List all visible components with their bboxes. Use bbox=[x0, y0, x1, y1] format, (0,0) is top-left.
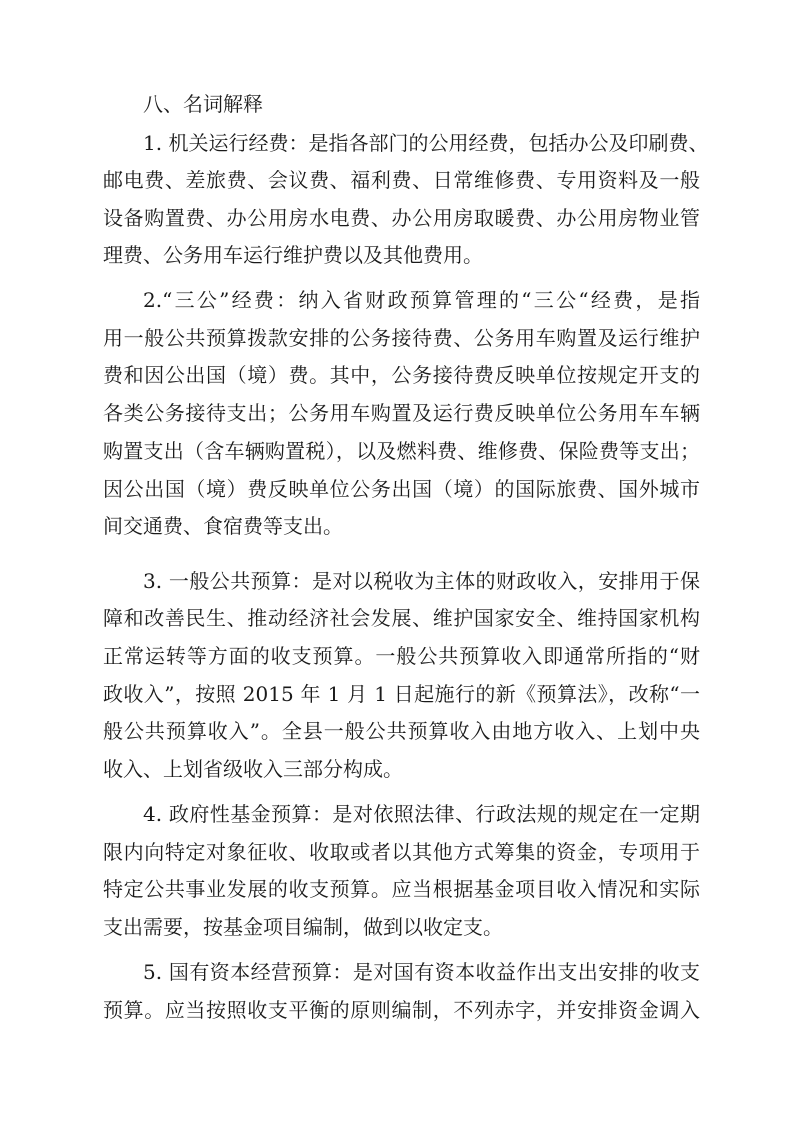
paragraph-5-line-1: 5. 国有资本经营预算：是对国有资本收益作出支出安排的收支 bbox=[143, 957, 700, 987]
paragraph-3-line-1: 3. 一般公共预算：是对以税收为主体的财政收入，安排用于保 bbox=[143, 566, 700, 596]
paragraph-1-line-4: 理费、公务用车运行维护费以及其他费用。 bbox=[103, 240, 700, 270]
paragraph-3-line-6: 收入、上划省级收入三部分构成。 bbox=[103, 754, 700, 784]
paragraph-1-line-3: 设备购置费、办公用房水电费、办公用房取暖费、办公用房物业管 bbox=[103, 203, 700, 233]
section-heading: 八、名词解释 bbox=[143, 89, 263, 119]
paragraph-5-line-2: 预算。应当按照收支平衡的原则编制，不列赤字，并安排资金调入 bbox=[103, 995, 700, 1025]
paragraph-2-line-2: 用一般公共预算拨款安排的公务接待费、公务用车购置及运行维护 bbox=[103, 323, 700, 353]
paragraph-2-line-6: 因公出国（境）费反映单位公务出国（境）的国际旅费、国外城市 bbox=[103, 474, 700, 504]
paragraph-1-line-2: 邮电费、差旅费、会议费、福利费、日常维修费、专用资料及一般 bbox=[103, 165, 700, 195]
paragraph-3-line-4: 政收入”，按照 2015 年 1 月 1 日起施行的新《预算法》，改称“一 bbox=[103, 679, 700, 709]
document-page: 八、名词解释 1. 机关运行经费：是指各部门的公用经费，包括办公及印刷费、 邮电… bbox=[0, 0, 794, 1122]
paragraph-2-line-1: 2.“三公”经费：纳入省财政预算管理的“三公“经费，是指 bbox=[143, 285, 700, 315]
paragraph-2-line-5: 购置支出（含车辆购置税），以及燃料费、维修费、保险费等支出； bbox=[103, 436, 700, 466]
paragraph-3-line-3: 正常运转等方面的收支预算。一般公共预算收入即通常所指的“财 bbox=[103, 641, 700, 671]
paragraph-4-line-3: 特定公共事业发展的收支预算。应当根据基金项目收入情况和实际 bbox=[103, 874, 700, 904]
paragraph-3-line-2: 障和改善民生、推动经济社会发展、维护国家安全、维持国家机构 bbox=[103, 603, 700, 633]
paragraph-2-line-3: 费和因公出国（境）费。其中，公务接待费反映单位按规定开支的 bbox=[103, 360, 700, 390]
paragraph-3-line-5: 般公共预算收入”。全县一般公共预算收入由地方收入、上划中央 bbox=[103, 716, 700, 746]
paragraph-4-line-4: 支出需要，按基金项目编制，做到以收定支。 bbox=[103, 912, 700, 942]
paragraph-2-line-7: 间交通费、食宿费等支出。 bbox=[103, 511, 700, 541]
paragraph-2-line-4: 各类公务接待支出；公务用车购置及运行费反映单位公务用车车辆 bbox=[103, 398, 700, 428]
paragraph-1-line-1: 1. 机关运行经费：是指各部门的公用经费，包括办公及印刷费、 bbox=[143, 128, 700, 158]
paragraph-4-line-1: 4. 政府性基金预算：是对依照法律、行政法规的规定在一定期 bbox=[143, 799, 700, 829]
paragraph-4-line-2: 限内向特定对象征收、收取或者以其他方式筹集的资金，专项用于 bbox=[103, 837, 700, 867]
